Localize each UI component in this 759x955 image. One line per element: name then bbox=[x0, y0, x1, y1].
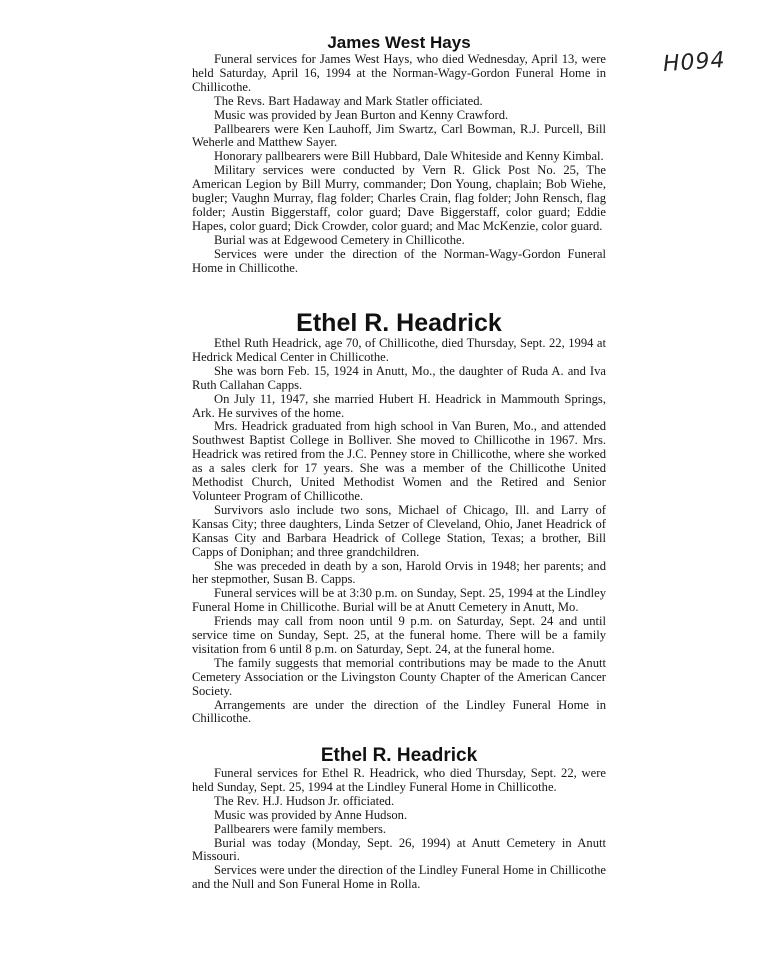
paragraph: Military services were conducted by Vern… bbox=[192, 164, 606, 234]
paragraph: Friends may call from noon until 9 p.m. … bbox=[192, 615, 606, 657]
paragraph: The family suggests that memorial contri… bbox=[192, 657, 606, 699]
obituary-ethel-headrick: Ethel R. Headrick Ethel Ruth Headrick, a… bbox=[192, 309, 606, 726]
paragraph: She was preceded in death by a son, Haro… bbox=[192, 560, 606, 588]
paragraph: Services were under the direction of the… bbox=[192, 248, 606, 276]
paragraph: Services were under the direction of the… bbox=[192, 864, 606, 892]
paragraph: Funeral services will be at 3:30 p.m. on… bbox=[192, 587, 606, 615]
paragraph: On July 11, 1947, she married Hubert H. … bbox=[192, 393, 606, 421]
paragraph: The Rev. H.J. Hudson Jr. officiated. bbox=[192, 795, 606, 809]
obituary-title: James West Hays bbox=[192, 33, 606, 53]
paragraph: Music was provided by Anne Hudson. bbox=[192, 809, 606, 823]
paragraph: Burial was at Edgewood Cemetery in Chill… bbox=[192, 234, 606, 248]
obituary-title: Ethel R. Headrick bbox=[192, 745, 606, 767]
paragraph: Funeral services for Ethel R. Headrick, … bbox=[192, 767, 606, 795]
handwritten-annotation: H094 bbox=[662, 48, 726, 77]
paragraph: Ethel Ruth Headrick, age 70, of Chillico… bbox=[192, 337, 606, 365]
obituary-body: Funeral services for James West Hays, wh… bbox=[192, 53, 606, 276]
paragraph: Mrs. Headrick graduated from high school… bbox=[192, 420, 606, 503]
paragraph: Burial was today (Monday, Sept. 26, 1994… bbox=[192, 837, 606, 865]
paragraph: Survivors aslo include two sons, Michael… bbox=[192, 504, 606, 560]
paragraph: Pallbearers were family members. bbox=[192, 823, 606, 837]
paragraph: Arrangements are under the direction of … bbox=[192, 699, 606, 727]
paragraph: Funeral services for James West Hays, wh… bbox=[192, 53, 606, 95]
paragraph: Music was provided by Jean Burton and Ke… bbox=[192, 109, 606, 123]
obituary-ethel-headrick-services: Ethel R. Headrick Funeral services for E… bbox=[192, 745, 606, 892]
obituary-title: Ethel R. Headrick bbox=[192, 309, 606, 337]
paragraph: She was born Feb. 15, 1924 in Anutt, Mo.… bbox=[192, 365, 606, 393]
paragraph: Pallbearers were Ken Lauhoff, Jim Swartz… bbox=[192, 123, 606, 151]
obituary-body: Funeral services for Ethel R. Headrick, … bbox=[192, 767, 606, 892]
scanned-document-page: H094 James West Hays Funeral services fo… bbox=[0, 0, 759, 955]
paragraph: Honorary pallbearers were Bill Hubbard, … bbox=[192, 150, 606, 164]
paragraph: The Revs. Bart Hadaway and Mark Statler … bbox=[192, 95, 606, 109]
obituary-body: Ethel Ruth Headrick, age 70, of Chillico… bbox=[192, 337, 606, 726]
obituary-james-west-hays: James West Hays Funeral services for Jam… bbox=[192, 33, 606, 276]
